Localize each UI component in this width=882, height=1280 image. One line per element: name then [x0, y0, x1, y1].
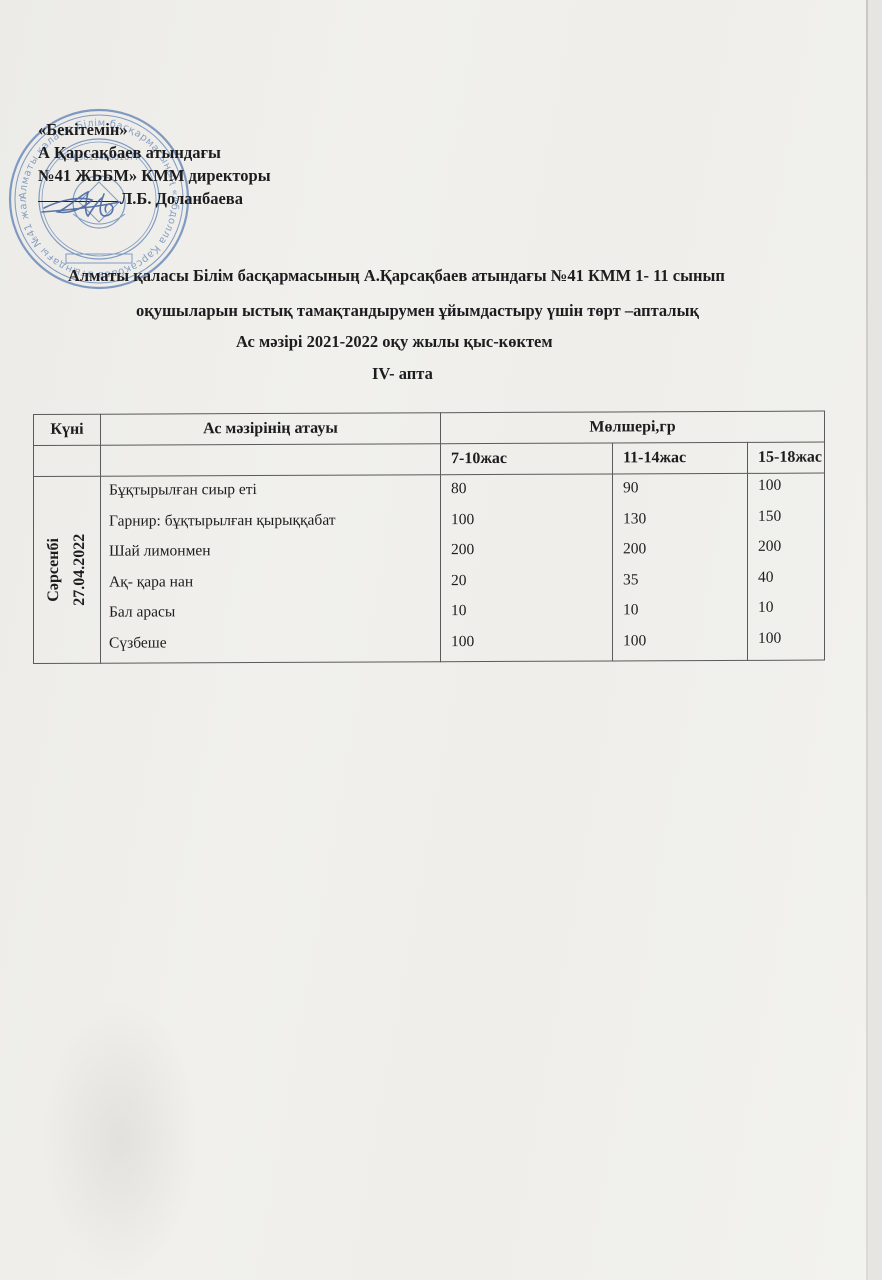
amount-value: 130 — [623, 506, 747, 537]
date: 27.04.2022 — [67, 534, 93, 606]
table-row: Сәрсенбі 27.04.2022 Бұқтырылған сиыр еті… — [34, 473, 825, 663]
page-edge-background — [868, 0, 882, 1280]
approval-school: А Қарсақбаев атындағы — [38, 141, 271, 164]
amount-value: 10 — [758, 596, 824, 627]
amount-value: 200 — [758, 535, 824, 566]
amounts-11-14-list: 90 130 200 35 10 100 — [613, 474, 747, 660]
amount-value: 90 — [623, 476, 747, 507]
menu-item: Бұқтырылған сиыр еті — [109, 477, 440, 509]
title-line-1: Алматы қаласы Білім басқармасының А.Қарс… — [68, 266, 725, 286]
header-day: Күні — [34, 414, 101, 445]
menu-item: Гарнир: бұқтырылған қырыққабат — [109, 508, 440, 540]
age-group-11-14: 11-14жас — [613, 442, 748, 474]
week-label: IV- апта — [372, 364, 433, 384]
title-line-2: оқушыларын ыстық тамақтандырумен ұйымдас… — [136, 301, 699, 321]
approval-director-title: №41 ЖББМ» КММ директоры — [38, 164, 271, 187]
menu-table: Күні Ас мәзірінің атауы Мөлшері,гр 7-10ж… — [33, 411, 825, 664]
amount-value: 100 — [451, 507, 612, 538]
header-menu-name: Ас мәзірінің атауы — [101, 413, 441, 445]
handwritten-signature-icon — [40, 186, 140, 226]
approval-label: «Бекітемін» — [38, 118, 271, 141]
amount-value: 35 — [623, 567, 747, 598]
age-group-15-18: 15-18жас — [748, 442, 825, 473]
menu-item: Бал арасы — [109, 599, 440, 631]
day-label: Сәрсенбі 27.04.2022 — [41, 534, 93, 606]
amount-value: 100 — [623, 628, 747, 659]
amount-value: 200 — [451, 537, 612, 568]
amount-value: 80 — [451, 476, 612, 507]
weekday: Сәрсенбі — [41, 534, 67, 606]
amount-value: 150 — [758, 504, 824, 535]
subheader-empty-name — [101, 444, 441, 476]
day-cell: Сәрсенбі 27.04.2022 — [34, 476, 101, 663]
menu-item: Сүзбеше — [109, 630, 440, 662]
amounts-7-10-cell: 80 100 200 20 10 100 — [441, 474, 613, 662]
menu-items-cell: Бұқтырылған сиыр еті Гарнир: бұқтырылған… — [101, 475, 441, 663]
page-edge — [866, 0, 868, 1280]
amount-value: 40 — [758, 565, 824, 596]
title-line-3: Ас мәзірі 2021-2022 оқу жылы қыс-көктем — [236, 332, 553, 352]
age-group-7-10: 7-10жас — [441, 443, 613, 475]
amount-value: 10 — [451, 598, 612, 629]
paper-shadow — [40, 1000, 200, 1280]
amount-value: 200 — [623, 537, 747, 568]
amount-value: 20 — [451, 568, 612, 599]
amount-value: 10 — [623, 598, 747, 629]
menu-items-list: Бұқтырылған сиыр еті Гарнир: бұқтырылған… — [101, 475, 440, 661]
amounts-11-14-cell: 90 130 200 35 10 100 — [613, 473, 748, 661]
amount-value: 100 — [758, 626, 824, 657]
amounts-15-18-cell: 100 150 200 40 10 100 — [748, 473, 825, 660]
table-header-row: Күні Ас мәзірінің атауы Мөлшері,гр — [34, 411, 825, 445]
amount-value: 100 — [758, 474, 824, 505]
amounts-7-10-list: 80 100 200 20 10 100 — [441, 474, 612, 660]
subheader-empty-day — [34, 445, 101, 476]
menu-item: Ақ- қара нан — [109, 569, 440, 601]
menu-item: Шай лимонмен — [109, 538, 440, 570]
header-amount: Мөлшері,гр — [441, 411, 825, 444]
amount-value: 100 — [451, 629, 612, 660]
table-subheader-row: 7-10жас 11-14жас 15-18жас — [34, 442, 825, 476]
amounts-15-18-list: 100 150 200 40 10 100 — [748, 474, 824, 657]
